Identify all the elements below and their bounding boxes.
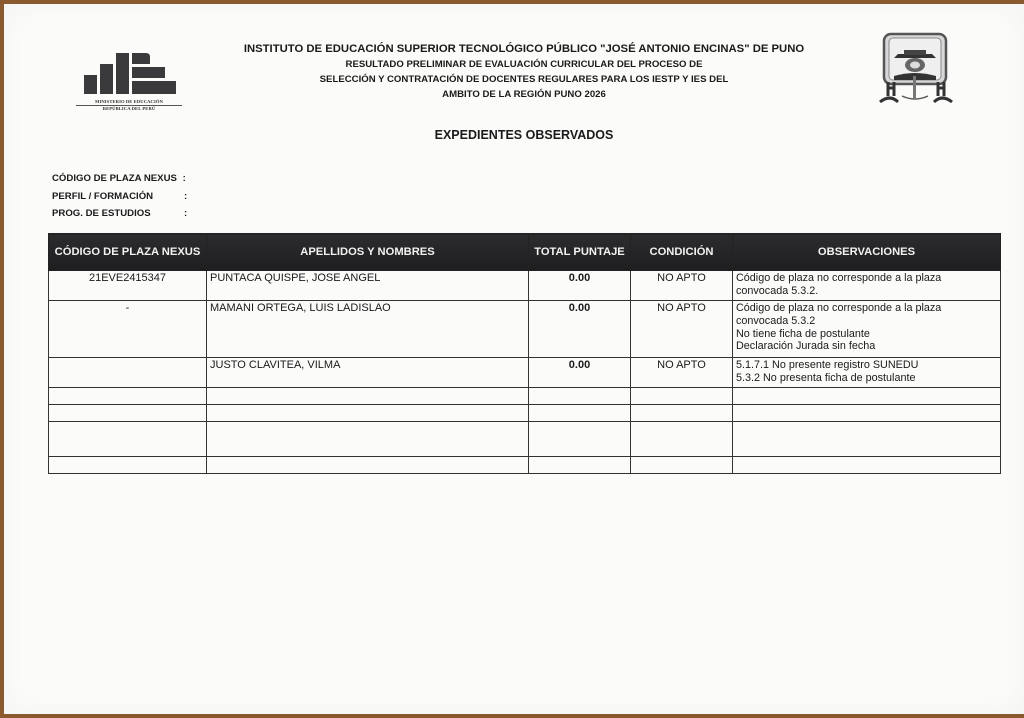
col-header-condition: CONDICIÓN [631, 234, 733, 271]
table-row: JUSTO CLAVITEA, VILMA 0.00 NO APTO 5.1.7… [49, 358, 1001, 388]
col-header-code: CÓDIGO DE PLAZA NEXUS [49, 234, 207, 271]
program-separator: : [184, 205, 187, 222]
empty-table-row [49, 422, 1001, 457]
meta-profile-row: PERFIL / FORMACIÓN : [52, 188, 186, 206]
observation-line: convocada 5.3.2 [736, 315, 997, 328]
observation-line: convocada 5.3.2. [736, 285, 997, 298]
table-row: 21EVE2415347 PUNTACA QUISPE, JOSE ANGEL … [49, 271, 1001, 301]
observation-line: Código de plaza no corresponde a la plaz… [736, 302, 997, 315]
cell-name: JUSTO CLAVITEA, VILMA [207, 358, 529, 388]
cell-score: 0.00 [529, 358, 631, 388]
empty-table-row [49, 388, 1001, 405]
cell-score: 0.00 [529, 301, 631, 358]
document-page: MINISTERIO DE EDUCACIÓN REPÚBLICA DEL PE… [4, 4, 1024, 714]
header-line-4: AMBITO DE LA REGIÓN PUNO 2026 [204, 87, 844, 102]
code-separator: : [183, 173, 186, 184]
col-header-name: APELLIDOS Y NOMBRES [207, 234, 529, 271]
institute-crest-logo [876, 32, 958, 108]
profile-label: PERFIL / FORMACIÓN [52, 188, 153, 205]
observation-line: 5.3.2 No presenta ficha de postulante [736, 372, 997, 385]
cell-observations: Código de plaza no corresponde a la plaz… [733, 271, 1001, 301]
document-header: INSTITUTO DE EDUCACIÓN SUPERIOR TECNOLÓG… [204, 42, 844, 102]
institution-name: INSTITUTO DE EDUCACIÓN SUPERIOR TECNOLÓG… [204, 42, 844, 57]
observation-line: Declaración Jurada sin fecha [736, 340, 997, 353]
cell-observations: 5.1.7.1 No presente registro SUNEDU 5.3.… [733, 358, 1001, 388]
cell-code [49, 358, 207, 388]
cell-condition: NO APTO [631, 301, 733, 358]
table-row: - MAMANI ORTEGA, LUIS LADISLAO 0.00 NO A… [49, 301, 1001, 358]
code-label: CÓDIGO DE PLAZA NEXUS [52, 170, 177, 187]
cell-code: - [49, 301, 207, 358]
observation-line: 5.1.7.1 No presente registro SUNEDU [736, 359, 997, 372]
observation-line: Código de plaza no corresponde a la plaz… [736, 272, 997, 285]
meta-code-row: CÓDIGO DE PLAZA NEXUS : [52, 170, 186, 188]
observation-line: No tiene ficha de postulante [736, 328, 997, 341]
cell-score: 0.00 [529, 271, 631, 301]
country-name: REPÚBLICA DEL PERÚ [76, 105, 182, 112]
cell-name: PUNTACA QUISPE, JOSE ANGEL [207, 271, 529, 301]
cell-name: MAMANI ORTEGA, LUIS LADISLAO [207, 301, 529, 358]
col-header-observations: OBSERVACIONES [733, 234, 1001, 271]
plaza-metadata: CÓDIGO DE PLAZA NEXUS : PERFIL / FORMACI… [52, 170, 186, 223]
header-line-3: SELECCIÓN Y CONTRATACIÓN DE DOCENTES REG… [204, 72, 844, 87]
empty-table-row [49, 405, 1001, 422]
cell-condition: NO APTO [631, 358, 733, 388]
observed-files-table: CÓDIGO DE PLAZA NEXUS APELLIDOS Y NOMBRE… [48, 233, 1001, 474]
meta-program-row: PROG. DE ESTUDIOS : [52, 205, 186, 223]
header-line-2: RESULTADO PRELIMINAR DE EVALUACIÓN CURRI… [204, 57, 844, 72]
empty-table-row [49, 457, 1001, 474]
cell-code: 21EVE2415347 [49, 271, 207, 301]
document-title: EXPEDIENTES OBSERVADOS [324, 128, 724, 142]
cell-condition: NO APTO [631, 271, 733, 301]
cell-observations: Código de plaza no corresponde a la plaz… [733, 301, 1001, 358]
profile-separator: : [184, 188, 187, 205]
table-header-row: CÓDIGO DE PLAZA NEXUS APELLIDOS Y NOMBRE… [49, 234, 1001, 271]
ministry-caption: MINISTERIO DE EDUCACIÓN REPÚBLICA DEL PE… [76, 99, 182, 112]
program-label: PROG. DE ESTUDIOS [52, 205, 151, 222]
col-header-score: TOTAL PUNTAJE [529, 234, 631, 271]
